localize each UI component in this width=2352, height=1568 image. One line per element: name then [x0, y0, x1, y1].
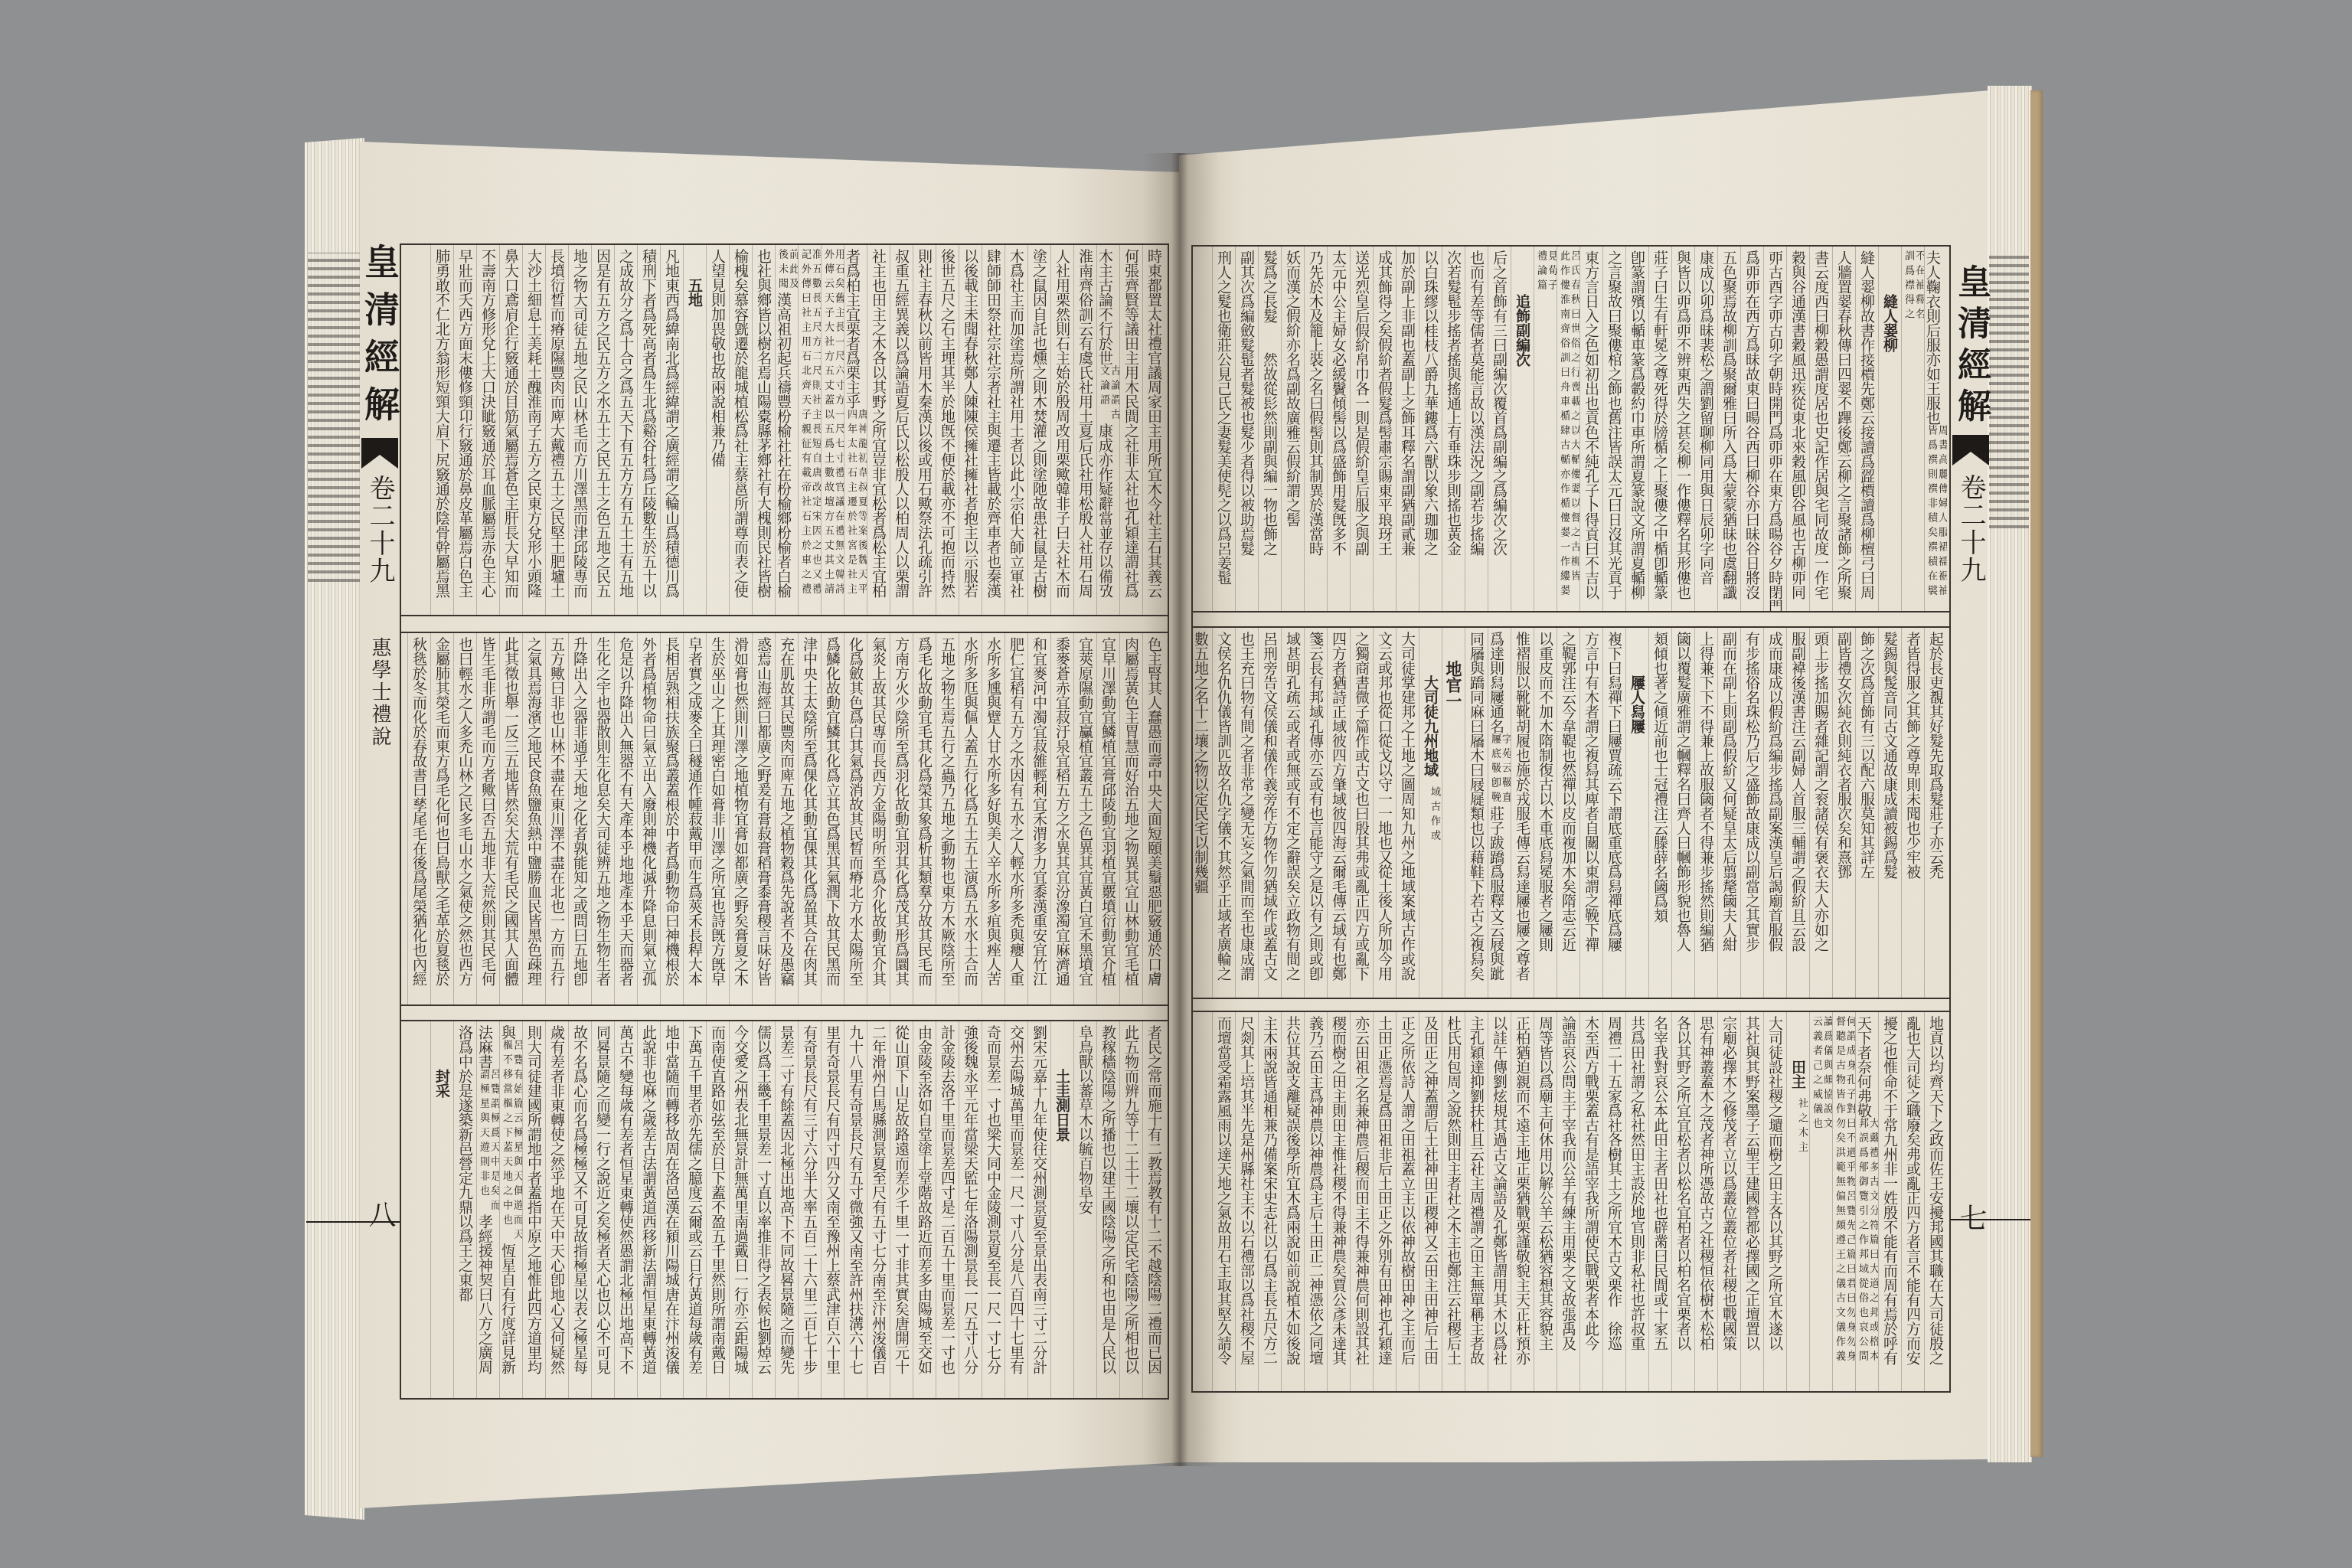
column-text: 九十八里有奇景長尺有五寸微強又南至許州扶溝六十七: [847, 1025, 864, 1374]
text-column: 同屩與蹻同麻曰屩木曰屐屣類也以藉鞋下若古之複舄矣: [1465, 628, 1488, 998]
text-column: 卽篆謂殯以輴車篆爲轂約巾車所謂夏篆說文所謂夏輴柳: [1625, 247, 1648, 611]
text-column: 成其飾得之矣假紒者假髮爲髻肅宗賜東平琅玡王: [1373, 247, 1396, 611]
text-column: 副其次爲編斂髮髢者髮被也髮少者得以被助焉髮: [1235, 247, 1258, 611]
text-column: 爲鱗化故動宜鱗其化爲立其色爲黑其氣潤下故其民黑而: [821, 633, 844, 1004]
text-column: 共爲田社謂之私社然田主設於地官則非私社也許叔重: [1625, 1012, 1648, 1391]
column-text: 儒以爲王畿千里景差一寸直以率推非得之表候也劉焯云: [755, 1025, 772, 1374]
column-text: 時東都置太社禮官議周家田主用所宜木今社主石其義云: [1145, 249, 1162, 598]
column-text: 木爲社主而加塗焉所謂社用土者以此小宗伯大師立軍社: [1008, 249, 1024, 598]
column-text: 生於巫山之上其理密白如膏非川澤之所宜也詩旣方旣皁: [709, 637, 726, 986]
column-text: 肺勇敢不仁北方翁形短頸大肩下尻竅通於陰骨幹屬焉黑: [433, 249, 450, 598]
heading-text: 田主: [1789, 1060, 1806, 1089]
column-text: 從山頂下山足故路遠而差少千里一寸非其實矣唐開元十: [893, 1025, 910, 1374]
column-text: 太元中公主婦女必緩鬢傾髻以爲盛飾用髮旣多不: [1330, 250, 1347, 556]
text-column: 淮南齊俗訓云有虞氏社用土夏后氏社用松殷人社用石周: [1073, 245, 1096, 615]
column-text: 此五物而辨九等十二土十二壤以定民宅陰陽之所相也以: [1122, 1025, 1139, 1374]
column-text: 上得兼下下不得兼上故服簂者不得兼步搖然則編猶: [1697, 632, 1714, 952]
left-page-margin-strip: 皇清經解 卷二十九 惠學士禮說 八: [360, 243, 400, 1400]
register-top: 夫人鞠衣則后服亦如王服也周書高麗傳婦人服裙襦裾袖 皆爲襈則襈非積矣襈積在襞不在袖…: [1193, 245, 1949, 612]
text-column: 亂也大司徒之職廢矣弗或亂正四方者言不能有四方而安: [1901, 1012, 1924, 1391]
text-column: 五色聚焉故柳訓爲聚爾雅曰所入爲大蒙蒙猶昧也虞翻讖: [1717, 247, 1740, 611]
column-text: 長墳衍晳而瘠原隰豐肉而庳大戴禮五土之民堅土肥壚土: [548, 249, 565, 598]
text-column: 義乃云田主爲神農以神農爲主后土田正二神憑依之同壇: [1304, 1012, 1327, 1391]
text-column: 榆槐矣慕容皝遷於龍城植松爲社主蔡邕所謂尊而表之使: [729, 245, 752, 615]
text-column: 則社主春秋以前皆用木秦漢以後或用石歟祭法孔疏引許: [913, 245, 936, 615]
text-column: 叔重五經異義以爲論語夏后氏以松殷人以柏周人以栗謂: [890, 245, 913, 615]
column-text: 塗之鼠因自託也燻之則木焚灌之則塗阤故患社鼠是古樹: [1031, 249, 1047, 598]
text-column: 此其徵也舉一反三五地皆然矣大荒有毛民之國其人面體: [499, 633, 522, 1004]
text-column: 頭上步搖加賜者雜記謂之衮諸侯有褒衣夫人亦如之: [1809, 628, 1832, 998]
column-text: 卽篆謂殯以輴車篆爲轂約巾車所謂夏篆說文所謂夏輴柳: [1628, 250, 1645, 599]
column-text: 而南使直路如弦至於日下蓋不盈五千里然則所謂南戴日: [709, 1025, 726, 1374]
text-column: 黍麥蒼赤宜菽汙泉宜稻五方之水異其宜汾潒濁宜麻濟通: [1050, 633, 1073, 1004]
column-text: 刑人之髮也衛莊公見己氏之妻髮美使髡之以爲呂姜髢: [1215, 250, 1232, 585]
text-column: 縫人翣柳故書作接檟先鄭云接讀爲歰檟讀爲柳檀弓曰周: [1855, 247, 1878, 611]
column-text: 恆星自有行度詳見新: [499, 1243, 516, 1374]
heading-text: 縫人翣柳: [1881, 294, 1898, 352]
column-text: 稷而樹之田主則田主惟社稷不得兼神農矣賈公彥未達其: [1330, 1016, 1347, 1365]
text-column: 而壇當受霜露風雨以達天地之氣故用石主取其堅久請令: [1212, 1012, 1235, 1391]
text-column: 水所多尰與躄人甘水所多好與美人辛水所多疽與痤人苦: [982, 633, 1004, 1004]
column-text: 及田正之神蓋謂后土社神田正稷神又云田主田神后土田: [1422, 1016, 1439, 1365]
column-text: 教稼穡陰陽之所播也以建王國陰陽之所和也由是人民以: [1099, 1025, 1116, 1374]
column-text: 肆師師田祭社宗社宗者社主與遷主皆載於齊車者也秦漢: [985, 249, 1001, 598]
column-text: 同晷景隨之而變一行之說近之矣極者天心也以心不可見: [594, 1025, 611, 1374]
column-text: 穀與谷通漢書穀風迅疾從東北來穀風卽谷風也古柳丣同: [1789, 250, 1806, 599]
text-column: 此五物而辨九等十二土十二壤以定民宅陰陽之所相也以: [1119, 1021, 1142, 1398]
column-text: 金屬肺其榮毛而東方爲毛化何也曰鳥獸之毛革於夏毯於: [433, 637, 450, 986]
annotation-column: 見荀子 禮論篇: [1534, 247, 1557, 611]
column-text: 則大司徒建國所謂地中者蓋指中原之地惟此四方道里均: [525, 1025, 542, 1374]
text-column: 從山頂下山足故路遠而差少千里一寸非其實矣唐開元十: [890, 1021, 913, 1398]
column-text: 者爲柏主宜栗者爲栗主乎: [844, 249, 861, 409]
text-column: 東方言日入之色如初出也貢色不純孔子卜得貢曰不吉以: [1579, 247, 1602, 611]
text-column: 呂刑旁告文侯儀和儀作義旁作方物作勿猶域作或蓋古文: [1258, 628, 1281, 998]
column-text: 副其次爲編斂髮髢者髮被也髮少者得以被助焉髮: [1238, 250, 1255, 556]
text-column: 人社用栗然則石主始於殷周改用栗歟韓非子曰夫社木而: [1050, 245, 1073, 615]
fishtail-icon: [1952, 435, 1989, 465]
column-text: 數五地之名十二壤之物以定民宅以制幾疆: [1193, 632, 1209, 893]
text-column: 二年滑州白馬縣測景夏至尺有五寸七分南至汴州浚儀百: [867, 1021, 890, 1398]
text-column: 五方歟曰非也山林不盡在東川澤不盡在北也一方而五行: [545, 633, 568, 1004]
text-column: 正柏猶迫親而不遠主地正栗猶戰栗謹敬貌主天正杜預亦: [1511, 1012, 1534, 1391]
book-title: 皇清經解: [1951, 264, 1991, 430]
column-text: 其社與其野案墨子云聖王建國營都必擇國之正壇置以: [1743, 1016, 1760, 1351]
text-column: 成而康成以假紒爲編步搖爲副案漢皇后謁廟首服假: [1763, 628, 1786, 998]
text-column: 色主腎其人蠢愚而壽中央大面短頤美鬚惡肥竅通於口膚: [1142, 633, 1165, 1004]
text-column: 歲有差者非東轉使之然乎地在天中天心卽地心又何疑然: [545, 1021, 568, 1398]
text-column: 太元中公主婦女必緩鬢傾髻以爲盛飾用髮旣多不: [1327, 247, 1350, 611]
text-column: 大司徒設社稷之壝而樹之田主各以其野之所宜木遂以: [1763, 1012, 1786, 1391]
text-column: 肺勇敢不仁北方翁形短頸大肩下尻竅通於陰骨幹屬焉黑: [430, 245, 453, 615]
text-column: 氣炎上故其民專而長西方金陽明所至爲介化故動宜介其: [867, 633, 890, 1004]
column-text: 積刑下者爲死高者爲生北爲谿谷牡爲丘陵數生於五十以: [640, 249, 657, 598]
column-text: 成而康成以假紒爲編步搖爲副案漢皇后謁廟首服假: [1766, 632, 1783, 952]
text-column: 人牆置翣春秋傳曰四翣不蹕後鄭云柳之言聚諸飾之所聚: [1832, 247, 1855, 611]
column-text: 文侯名仇仇儀皆訓匹故名仇字儀不其然乎正域者廣輪之: [1215, 632, 1232, 981]
text-column: 送光烈皇后假紒帛巾各一則是假紒皇后服之與副: [1350, 247, 1373, 611]
text-column: 之獨商書微子篇作或古文也曰殷其弗或亂正四方或亂下: [1350, 628, 1373, 998]
column-text: 主孔穎達抑劉扶杜且云社主周禮謂之田主無單稱主者故: [1468, 1016, 1485, 1365]
text-column: 爲達則舄屨通名字苑云靸直 屨底靸卽鞔莊子跋蹻爲服釋文云屐與跐: [1488, 628, 1511, 998]
column-text: 和宜麥河中濁宜菽雒輕利宜禾渭多力宜黍漢重安宜竹江: [1031, 637, 1047, 986]
text-column: 複下曰舄禪下曰屨賈疏云下謂底重底爲舄禪底爲屨: [1602, 628, 1625, 998]
text-column: 木爲社主而加塗焉所謂社用土者以此小宗伯大師立軍社: [1004, 245, 1027, 615]
column-text: 義乃云田主爲神農以神農爲主后土田正二神憑依之同壇: [1307, 1016, 1324, 1365]
column-text: 色主腎其人蠢愚而壽中央大面短頤美鬚惡肥竅通於口膚: [1145, 637, 1162, 986]
column-text: 則社主春秋以前皆用木秦漢以後或用石歟祭法孔疏引許: [916, 249, 933, 598]
column-text: 鼻大口鳶肩企行竅通於目筋氣屬焉蒼色主肝長大早知而: [502, 249, 519, 598]
annotation-column: 呂氏春秋曰世俗之行喪載之以大輴僂翣以督之古柳皆 此作僂淮南齊俗訓曰舟車楯肆古輴亦…: [1557, 247, 1579, 611]
column-text: 法麻書: [476, 1025, 493, 1069]
section-heading-column: 田主社之木主: [1786, 1012, 1809, 1391]
text-column: 箋云長有邦域孔傳亦云或有也言能守之是以有之則或卽: [1304, 628, 1327, 998]
section-heading-column: 五地: [683, 245, 706, 615]
section-heading-column: 土圭測日景: [1050, 1021, 1073, 1398]
text-column: 升降出入之器非通乎天地之化者孰能知之或問曰五地卽: [568, 633, 591, 1004]
column-text: 津中央土太陰所至爲倮化其動宜倮其化爲盈其合在肉其: [801, 637, 818, 986]
fishtail-icon: [361, 438, 398, 469]
text-column: 正之所依詩人謂之田祖蓋立主以依神故樹田神之主而后: [1396, 1012, 1419, 1391]
annotation-column: 准五數長五尺方二尺則社主長短自唐改定宋因之也又禮 記外傳曰社主用石北齊天子親征有…: [798, 245, 821, 615]
text-column: 充在肌故其民豐肉而庳五地之植物穀爲先說者不及愚竊: [775, 633, 798, 1004]
text-column: 擾之也惟命不于常九州非一姓殷不能有而周有焉於呼有: [1878, 1012, 1901, 1391]
text-column: 妖而漢之假紒亦名爲副故廣雅云假紒謂之髻: [1281, 247, 1304, 611]
column-text: 亂也大司徒之職廢矣弗或亂正四方者言不能有四方而安: [1904, 1016, 1921, 1365]
text-column: 地中當隨而轉移故周在洛邑漢在潁川陽城唐在汴州浚儀: [660, 1021, 683, 1398]
text-column: 下萬五千里者亦先儒之臆度云爾或云日行黃道每歲有差: [683, 1021, 706, 1398]
text-column: 人望見則加畏敬也故兩說相兼乃備: [706, 245, 729, 615]
text-column: 爲丣丣在西方爲昧故東曰暘谷西曰柳谷亦曰昧谷日將沒: [1740, 247, 1763, 611]
column-text: 擾之也惟命不于常九州非一姓殷不能有而周有焉於呼有: [1881, 1016, 1898, 1365]
text-column: 主木兩說皆通相兼乃備案宋史志社以石爲主長五尺方二: [1258, 1012, 1281, 1391]
column-text: 文云或邦也從口從戈以守一一地也又從土後人所加今用: [1376, 632, 1393, 981]
text-column: 地貢以均齊天下之政而佐王安擾邦國其職在大司徒殷之: [1924, 1012, 1947, 1391]
text-column: 主孔穎達抑劉扶杜且云社主周禮謂之田主無單稱主者故: [1465, 1012, 1488, 1391]
text-column: 同晷景隨之而變一行之說近之矣極者天心也以心不可見: [591, 1021, 614, 1398]
text-column: 阜鳥獸以蕃草木以毓百物阜安: [1073, 1021, 1096, 1398]
double-line-annotation: 讀爲儀與頗協說文 云義者己之威儀也: [1811, 1016, 1832, 1132]
column-text: 正柏猶迫親而不遠主地正栗猶戰栗謹敬貌主天正杜預亦: [1514, 1016, 1530, 1365]
column-text: 天下者奈何弗敬: [1855, 1016, 1872, 1118]
column-text: 地貢以均齊天下之政而佐王安擾邦國其職在大司徒殷之: [1927, 1016, 1944, 1365]
column-text: 叔重五經異義以爲論語夏后氏以松殷人以柏周人以栗謂: [893, 249, 910, 598]
column-text: 淮南齊俗訓云有虞氏社用土夏后氏社用松殷人社用石周: [1076, 249, 1093, 598]
column-text: 化爲斂其色爲白其氣爲消故其民晳而瘠北方水太陽所至: [847, 637, 864, 986]
text-column: 土田正憑焉是爲田祖非后土田正之外別有田神也孔穎達: [1373, 1012, 1396, 1391]
column-text: 升降出入之器非通乎天地之化者孰能知之或問曰五地卽: [571, 637, 588, 986]
column-text: 大司徒設社稷之壝而樹之田主各以其野之所宜木遂以: [1766, 1016, 1783, 1351]
double-line-annotation: 何謂成身孔子對曰不過乎物呂覽先己篇曰君曰勿身勿身 督聽是古物皆作勿矣洪範無偏無頗…: [1834, 1016, 1855, 1365]
column-text: 社主也田主之木各以其野之所宜豈非宜松者爲松主宜柏: [870, 249, 887, 598]
column-text: 服副褘後漢書注云副婦人首服三輔謂之假紒且云設: [1789, 632, 1806, 952]
text-column: 起於長吏覩其好髮先取爲髮莊子亦云禿: [1924, 628, 1947, 998]
text-column: 及田正之神蓋謂后土社神田正稷神又云田主田神后土田: [1419, 1012, 1442, 1391]
text-column: 大司徒掌建邦之土地之圖周知九州之地域案域古作或說: [1396, 628, 1419, 998]
text-column: 津中央土太陰所至爲倮化其動宜倮其化爲盈其合在肉其: [798, 633, 821, 1004]
text-column: 之鞮郭注云今韋鞮也然禪以皮而複加木矣隋志云近: [1557, 628, 1579, 998]
text-column: 之言聚故曰聚僂棺之飾也舊注皆誤太元曰日沒其光貢于: [1602, 247, 1625, 611]
text-column: 而南使直路如弦至於日下蓋不盈五千里然則所謂南戴日: [706, 1021, 729, 1398]
column-text: 之成故分之爲十合之爲五天下有五方方有五土土有五地: [617, 249, 634, 598]
section-heading-column: 縫人翣柳: [1878, 247, 1901, 611]
column-text: 以白珠繆以桂枝八爵九華鏤爲六獸以象六珈珈之: [1422, 250, 1439, 556]
double-line-annotation: 字苑云靸直 屨底靸卽鞔: [1489, 733, 1511, 806]
heading-text: 屨人舄屨: [1628, 675, 1645, 733]
text-column: 康成以卯爲昧裴松之謂劉留聊柳同用與日辰卯字同音: [1694, 247, 1717, 611]
column-text: 人社用栗然則石主始於殷周改用栗歟韓非子曰夫社木而: [1053, 249, 1070, 598]
column-text: 同屩與蹻同麻曰屩木曰屐屣類也以藉鞋下若古之複舄矣: [1468, 632, 1485, 981]
column-text: 孝經援神契曰八方之廣周: [476, 1214, 493, 1374]
column-text: 而壇當受霜露風雨以達天地之氣故用石主取其堅久請令: [1215, 1016, 1232, 1365]
column-text: 髮爲之長髮𩭹𩭹然故從髟然則副與編一物也飾之: [1261, 250, 1278, 556]
text-column: 也社與鄉皆以樹名焉山陽橐縣茅鄉社有大槐則民社皆樹: [752, 245, 775, 615]
text-column: 者民之常而施十有二教焉教有十二不越陰陽二禮而已因: [1142, 1021, 1165, 1398]
text-column: 域甚明孔疏云或者或無或有不定之辭誤矣立政物有間之: [1281, 628, 1304, 998]
column-text: 起於長吏覩其好髮先取爲髮莊子亦云禿: [1927, 632, 1944, 879]
column-text: 今交愛之州表北無景計無萬里南過戴日一行亦云距陽城: [732, 1025, 749, 1374]
column-text: 水所多尫與傴人蓋五行化爲五土五土演爲五水水土合而: [962, 637, 978, 986]
text-column: 奇而景差一寸也梁大同中金陵測景夏至長一尺一寸七分: [982, 1021, 1004, 1398]
juan-label: 卷二十九: [1951, 474, 1991, 584]
column-text: 以重皮而不加木隋制復古以木重底舄冕服者之屨則: [1537, 632, 1553, 952]
column-text: 五地之物生焉五行之蟲乃五地之動物也東方木厥陰所至: [939, 637, 955, 986]
double-line-annotation: 大戴禮多古文分符篇曰大道之邦或格本 邦誤爲郍御覽引之作邦域從俗也哀公問: [1857, 1118, 1878, 1365]
column-text: 者民之常而施十有二教焉教有十二不越陰陽二禮而已因: [1145, 1025, 1162, 1374]
text-column: 皁者實之成麥全曰穟通作㡖菽戴甲而生爲莢禾長稈大本: [683, 633, 706, 1004]
text-column: 尺剡其上培其半先是州縣社主不以石禮部以爲社稷不屋: [1235, 1012, 1258, 1391]
double-line-annotation: 周書高麗傳婦人服裙襦裾袖 皆爲襈則襈非積矣襈積在襞: [1926, 425, 1947, 599]
text-column: 長墳衍晳而瘠原隰豐肉而庳大戴禮五土之民堅土肥壚土: [545, 245, 568, 615]
column-text: 副皆禮女次純衣則純衣者服次矣和熹鄧: [1835, 632, 1852, 879]
heading-text: 土圭測日景: [1053, 1069, 1070, 1142]
text-column: 頍傾也著之傾近前也士冠禮注云滕薛名簂爲頍: [1648, 628, 1671, 998]
double-line-annotation: 前此及 後未聞: [776, 249, 798, 292]
text-column: 和宜麥河中濁宜菽雒輕利宜禾渭多力宜黍漢重安宜竹江: [1027, 633, 1050, 1004]
text-column: 方南方火少陰所至爲羽化故動宜羽其化爲茂其形爲圜其: [890, 633, 913, 1004]
text-column: 肥仁宜稻有五方之水因有五水之人輕水所多禿與癭人重: [1004, 633, 1027, 1004]
text-column: 各以其野之所宜宜松者以松名宜柏者以柏名宜栗者以: [1671, 1012, 1694, 1391]
text-column: 劉宋元嘉十九年使往交州測景夏至景出表南三寸二分計: [1027, 1021, 1050, 1398]
column-text: 共位其說支離疑誤後學所宜木爲兩說如前說植木如後說: [1284, 1016, 1301, 1365]
column-text: 與皆以丣爲丣不辨東西失之甚矣柳一作僂釋名其形僂也: [1674, 250, 1691, 599]
text-column: 外者爲植物命曰氣立出入廢則神機化滅升降息則氣立孤: [637, 633, 660, 1004]
text-column: 服副褘後漢書注云副婦人首服三輔謂之假紒且云設: [1786, 628, 1809, 998]
text-column: 景差二寸有餘蓋因北極出地高下不同故晷景隨之而變先: [775, 1021, 798, 1398]
text-column: 以重皮而不加木隋制復古以木重底舄冕服者之屨則: [1534, 628, 1557, 998]
page-number: 七: [1951, 1204, 1991, 1231]
column-text: 水所多尰與躄人甘水所多好與美人辛水所多疽與痤人苦: [985, 637, 1001, 986]
column-text: 劉宋元嘉十九年使往交州測景夏至景出表南三寸二分計: [1031, 1025, 1047, 1374]
column-text: 縫人翣柳故書作接檟先鄭云接讀爲歰檟讀爲柳檀弓曰周: [1858, 250, 1875, 599]
column-text: 康成以卯爲昧裴松之謂劉留聊柳同用與日辰卯字同音: [1697, 250, 1714, 585]
column-text: 滑如膏也然則川澤之地植物宜膏如都廣之野矣膏夏之木: [732, 637, 749, 986]
page-stack-ghost-print-right: [1989, 253, 2029, 528]
column-text: 萬古不變每歲有差者恒星東轉使然愚謂北極出地高下不: [617, 1025, 634, 1374]
heading-text: 五地: [686, 278, 703, 307]
heading-text: 大司徒九州地域: [1422, 675, 1439, 777]
column-text: 箋云長有邦域孔傳亦云或有也言能守之是以有之則或卽: [1307, 632, 1324, 981]
column-text: 爲鱗化故動宜鱗其化爲立其色爲黑其氣潤下故其民黑而: [824, 637, 841, 986]
column-text: 爲達則舄屨通名: [1488, 632, 1504, 733]
text-column: 金屬肺其榮毛而東方爲毛化何也曰鳥獸之毛革於夏毯於: [430, 633, 453, 1004]
text-column: 宜莢原隰動宜臝植宜叢五土之色異其宜黃白宜禾黑墳宜: [1073, 633, 1096, 1004]
text-column: 上得兼下下不得兼上故服簂者不得兼步搖然則編猶: [1694, 628, 1717, 998]
column-text: 宗廟必擇木之修茂者立以爲叢位叢位者社稷也戰國策: [1720, 1016, 1737, 1351]
text-column: 故不名爲心而名爲極極又不可見故指極星以表之極星每: [568, 1021, 591, 1398]
text-column: 此說非也麻之歲差古法謂黃道西移新法謂恒星東轉黃道: [637, 1021, 660, 1398]
section-heading-column: 屨人舄屨: [1625, 628, 1648, 998]
text-column: 其社與其野案墨子云聖王建國營都必擇國之正壇置以: [1740, 1012, 1763, 1391]
text-column: 四方者猶詩正域彼四方肇域彼四海云爾毛傳云域有也鄭: [1327, 628, 1350, 998]
column-text: 之鞮郭注云今韋鞮也然禪以皮而複加木矣隋志云近: [1560, 632, 1576, 952]
column-text: 里有奇景長尺有四寸四分又南至豫州上蔡武津百六十里: [824, 1025, 841, 1374]
column-text: 有步搖俗名珠松乃后之盛飾故康成以副當之其實步: [1743, 632, 1760, 952]
text-column: 也王充曰物有間之者非常之變无妄之氣間而至也康成謂: [1235, 628, 1258, 998]
text-column: 后之首飾有三曰副編次覆首爲副編之爲編次之次: [1488, 247, 1511, 611]
column-text: 肉屬焉黃色主胃慧而好治五地之物異其宜山林動宜毛植: [1122, 637, 1139, 986]
column-text: 惑焉山海經曰都廣之野爰有膏菽膏稻膏黍膏稷言味好皆: [755, 637, 772, 986]
column-text: 方南方火少陰所至爲羽化故動宜羽其化爲茂其形爲圜其: [893, 637, 910, 986]
column-text: 秋毨於冬而化於春故書曰孳尾毛在後爲尾榮猶化也內經: [410, 637, 427, 986]
text-column: 因是有五方之民五方之水五土之民五土之色五地之民五: [591, 245, 614, 615]
column-text: 五方歟曰非也山林不盡在東川澤不盡在北也一方而五行: [548, 637, 565, 986]
column-text: 加於副上非副也蓋副上之飾耳釋名謂副猶副貳兼: [1399, 250, 1416, 556]
column-text: 何張齊賢等議田主用木民間之社非太社也孔穎達謂社爲: [1122, 249, 1139, 598]
text-column: 今交愛之州表北無景計無萬里南過戴日一行亦云距陽城: [729, 1021, 752, 1398]
text-column: 里有奇景長尺有四寸四分又南至豫州上蔡武津百六十里: [821, 1021, 844, 1398]
text-column: 飾之次爲首飾有三以配六服莫知其詳左: [1855, 628, 1878, 998]
column-text: 充在肌故其民豐肉而庳五地之植物穀爲先說者不及愚竊: [778, 637, 795, 986]
text-column: 危是以升降出入無器不有天產本乎地地產本乎天而器者: [614, 633, 637, 1004]
double-line-annotation: 呂覽謂極爲天中是矣而 謂極星與天遊則非也: [478, 1069, 499, 1214]
column-text: 榆槐矣慕容皝遷於龍城植松爲社主蔡邕所謂尊而表之使: [732, 249, 749, 598]
column-text: 木主古論不行於世: [1096, 249, 1113, 365]
text-column: 文云或邦也從口從戈以守一一地也又從土後人所加今用: [1373, 628, 1396, 998]
section-heading-column: 封采: [430, 1021, 453, 1398]
column-text: 漢高祖初起兵禱豐枌榆社社在枌榆鄉枌榆者白榆: [775, 292, 792, 598]
annotation-column: 用石矣舊主長一尺六寸方一尺七寸禮官議在禮無文韓詩 外傳云天子大社方五丈蓋以五爲土…: [821, 245, 844, 615]
page-number: 八: [360, 1200, 400, 1228]
text-column: 也曰輕水之人多禿山林之民多毛山水之氣使之然也西方: [453, 633, 476, 1004]
text-column: 穀與谷通漢書穀風迅疾從東北來穀風卽谷風也古柳丣同: [1786, 247, 1809, 611]
column-text: 東方言日入之色如初出也貢色不純孔子卜得貢曰不吉以: [1583, 250, 1599, 599]
column-text: 歲有差者非東轉使之然乎地在天中天心卽地心又何疑然: [548, 1025, 565, 1374]
text-column: 周禮二十五家爲社各樹其土之所宜木古文栗作𣡕徐巡: [1602, 1012, 1625, 1391]
register-bottom: 者民之常而施十有二教焉教有十二不越陰陽二禮而已因此五物而辨九等十二土十二壤以定民…: [401, 1020, 1168, 1400]
left-page-text-frame: 時東都置太社禮官議周家田主用所宜木今社主石其義云何張齊賢等議田主用木民間之社非太…: [400, 243, 1169, 1400]
text-column: 木主古論不行於世古論謂古 文論語康成亦作疑辭當並存以備攷: [1096, 245, 1119, 615]
text-column: 者皆得服之其飾之尊卑則未聞也少牢被: [1901, 628, 1924, 998]
text-column: 論語哀公問主于宰我而公羊有練主用栗之文故張禹及: [1557, 1012, 1579, 1391]
column-text: 四方者猶詩正域彼四方肇域彼四海云爾毛傳云域有也鄭: [1330, 632, 1347, 981]
column-text: 夫人鞠衣則后服亦如王服也: [1924, 250, 1941, 425]
text-column: 何張齊賢等議田主用木民間之社非太社也孔穎達謂社爲: [1119, 245, 1142, 615]
column-text: 呂刑旁告文侯儀和儀作義旁作方物作勿猶域作或蓋古文: [1261, 632, 1278, 981]
column-text: 下萬五千里者亦先儒之臆度云爾或云日行黃道每歲有差: [686, 1025, 703, 1374]
column-text: 人牆置翣春秋傳曰四翣不蹕後鄭云柳之言聚諸飾之所聚: [1835, 250, 1852, 599]
text-column: 夫人鞠衣則后服亦如王服也周書高麗傳婦人服裙襦裾袖 皆爲襈則襈非積矣襈積在襞: [1924, 247, 1947, 611]
column-text: 以詿午傳劉炫規其過古文論語及孔鄭皆謂用其木以爲社: [1491, 1016, 1508, 1365]
double-line-annotation: 呂覽有始篇云極星與天俱遊而天 樞不移當樞之下蓋天地之中也: [501, 1040, 522, 1243]
double-line-annotation: 社之木主: [1796, 1098, 1807, 1156]
column-text: 周禮二十五家爲社各樹其土之所宜木古文栗作𣡕徐巡: [1606, 1016, 1622, 1351]
text-column: 莊子曰生有軒冕之尊死得於牓楯之上聚僂之中楯卽輴篆: [1648, 247, 1671, 611]
column-text: 共爲田社謂之私社然田主設於地官則非私社也許叔重: [1628, 1016, 1645, 1351]
text-column: 九十八里有奇景長尺有五寸微強又南至許州扶溝六十七: [844, 1021, 867, 1398]
column-text: 妖而漢之假紒亦名爲副故廣雅云假紒謂之髻: [1284, 250, 1301, 527]
double-line-annotation: 不在袖釋名 訓爲襟得之: [1903, 250, 1924, 323]
text-column: 前此及 後未聞漢高祖初起兵禱豐枌榆社社在枌榆鄉枌榆者白榆: [775, 245, 798, 615]
column-text: 強後魏永平元年當梁天監七年洛陽測景長一尺五寸八分: [962, 1025, 978, 1374]
chapter-heading-column: 地官一: [1442, 628, 1465, 998]
text-column: 有奇景長尺有三寸六分半大率五百二十六里二百七十步: [798, 1021, 821, 1398]
column-text: 洛爲中於是遂築新邑營定九鼎以爲王之東都: [456, 1025, 473, 1302]
text-column: 生於巫山之上其理密白如膏非川澤之所宜也詩旣方旣皁: [706, 633, 729, 1004]
book-title: 皇清經解: [360, 243, 400, 433]
text-column: 地之物大司徒五地之民山林毛而方川澤黑而津邱陵專而: [568, 245, 591, 615]
annotation-column: 不在袖釋名 訓爲襟得之: [1901, 247, 1924, 611]
column-text: 肥仁宜稻有五方之水因有五水之人輕水所多禿與癭人重: [1008, 637, 1024, 986]
text-column: 早壯而夭西方面末僂修頸卬行竅通於鼻皮革屬焉白色主: [453, 245, 476, 615]
text-column: 萬古不變每歲有差者恒星東轉使然愚謂北極出地高下不: [614, 1021, 637, 1398]
text-column: 丣古酉字丣古卯字朝時開門爲丣丣在東方爲暘谷夕時閉門: [1763, 247, 1786, 611]
text-column: 由金陵至洛如自堂塗上堂階故路近而差多由陽城至交如: [913, 1021, 936, 1398]
column-text: 與: [499, 1025, 516, 1040]
text-column: 書云度西曰柳穀愚謂度居也史記作居與宅同故度一作宅: [1809, 247, 1832, 611]
column-text: 康成亦作疑辭當並存以備攷: [1096, 423, 1113, 598]
text-column: 與呂覽有始篇云極星與天俱遊而天 樞不移當樞之下蓋天地之中也恆星自有行度詳見新: [499, 1021, 522, 1398]
column-text: 成其飾得之矣假紒者假髮爲髻肅宗賜東平琅玡王: [1376, 250, 1393, 556]
column-text: 皆生毛非所謂毛而方者歟曰否五地非大荒然則其民毛何: [479, 637, 496, 986]
text-column: 生化之宇也器散則生化息矣大司徒辨五地之物生物生者: [591, 633, 614, 1004]
column-text: 氣炎上故其民專而長西方金陽明所至爲介化故動宜介其: [870, 637, 887, 986]
column-text: 複下曰舄禪下曰屨賈疏云下謂底重底爲舄禪底爲屨: [1606, 632, 1622, 952]
column-text: 亦云田祖之名兼神農后稷而田主不得兼神農何則設其社: [1353, 1016, 1370, 1365]
column-text: 之氣具焉海濱之地民食魚鹽魚熱中鹽勝血民皆黑色疎理: [525, 637, 542, 986]
column-text: 也而有差等儒者莫能言故以漢法況之副若步搖編: [1468, 250, 1485, 556]
heading-text: 追飾副編次: [1514, 294, 1530, 367]
column-text: 早壯而夭西方面末僂修頸卬行竅通於鼻皮革屬焉白色主: [456, 249, 473, 598]
column-text: 副而在副上則副爲假紒又何疑皇太后翦氂簂夫人紺: [1720, 632, 1737, 952]
text-column: 杜氏用包周之說然則田主者社之木主也鄭注云社稷后土: [1442, 1012, 1465, 1391]
column-text: 不壽南方修形兌上大口決眦竅通於耳血脈屬焉赤色主心: [479, 249, 496, 598]
column-text: 後世五尺之石主埋其半於地旣不便於載亦不可抱而持然: [939, 249, 955, 598]
text-column: 洛爲中於是遂築新邑營定九鼎以爲王之東都: [453, 1021, 476, 1398]
text-column: 簂以覆髮廣雅謂之幗釋名曰齊人曰幗飾形貌也魯人: [1671, 628, 1694, 998]
column-text: 也王充曰物有間之者非常之變无妄之氣間而至也康成謂: [1238, 632, 1255, 981]
column-text: 土田正憑焉是爲田祖非后土田正之外別有田神也孔穎達: [1376, 1016, 1393, 1365]
column-text: 周等皆以爲廟主何休用以解公羊云松猶容想其容貌主: [1537, 1016, 1553, 1351]
column-text: 凡地東西爲緯南北爲經緯謂之廣經謂之輪山爲積德川爲: [663, 249, 680, 598]
text-column: 水所多尫與傴人蓋五行化爲五土五土演爲五水水土合而: [959, 633, 982, 1004]
double-line-annotation: 唐神龍初韋叔夏等案後魏天平 四年太社石主遷於社宮是社主: [845, 409, 867, 598]
column-text: 外者爲植物命曰氣立出入廢則神機化滅升降息則氣立孤: [640, 637, 657, 986]
column-text: 后之首飾有三曰副編次覆首爲副編之爲編次之次: [1491, 250, 1508, 556]
column-text: 大沙土細息土美耗土醜淮南子五方之民東方兌形小頭隆: [525, 249, 542, 598]
column-text: 皁者實之成麥全曰穟通作㡖菽戴甲而生爲莢禾長稈大本: [686, 637, 703, 986]
column-text: 宜皁川澤動宜鱗植宜膏邱陵動宜羽植宜覈墳衍動宜介植: [1099, 637, 1116, 986]
text-column: 肉屬焉黃色主胃慧而好治五地之物異其宜山林動宜毛植: [1119, 633, 1142, 1004]
column-text: 宜莢原隰動宜臝植宜叢五土之色異其宜黃白宜禾黑墳宜: [1076, 637, 1093, 986]
text-column: 時東都置太社禮官議周家田主用所宜木今社主石其義云: [1142, 245, 1165, 615]
double-line-annotation: 古論謂古 文論語: [1098, 365, 1119, 423]
text-column: 社主也田主之木各以其野之所宜豈非宜松者爲松主宜柏: [867, 245, 890, 615]
work-title: 惠學士禮說: [360, 637, 400, 748]
column-text: 論語哀公問主于宰我而公羊有練主用栗之文故張禹及: [1560, 1016, 1576, 1351]
cover-edge: [2030, 90, 2043, 1457]
column-text: 簂以覆髮廣雅謂之幗釋名曰齊人曰幗飾形貌也魯人: [1674, 632, 1691, 952]
